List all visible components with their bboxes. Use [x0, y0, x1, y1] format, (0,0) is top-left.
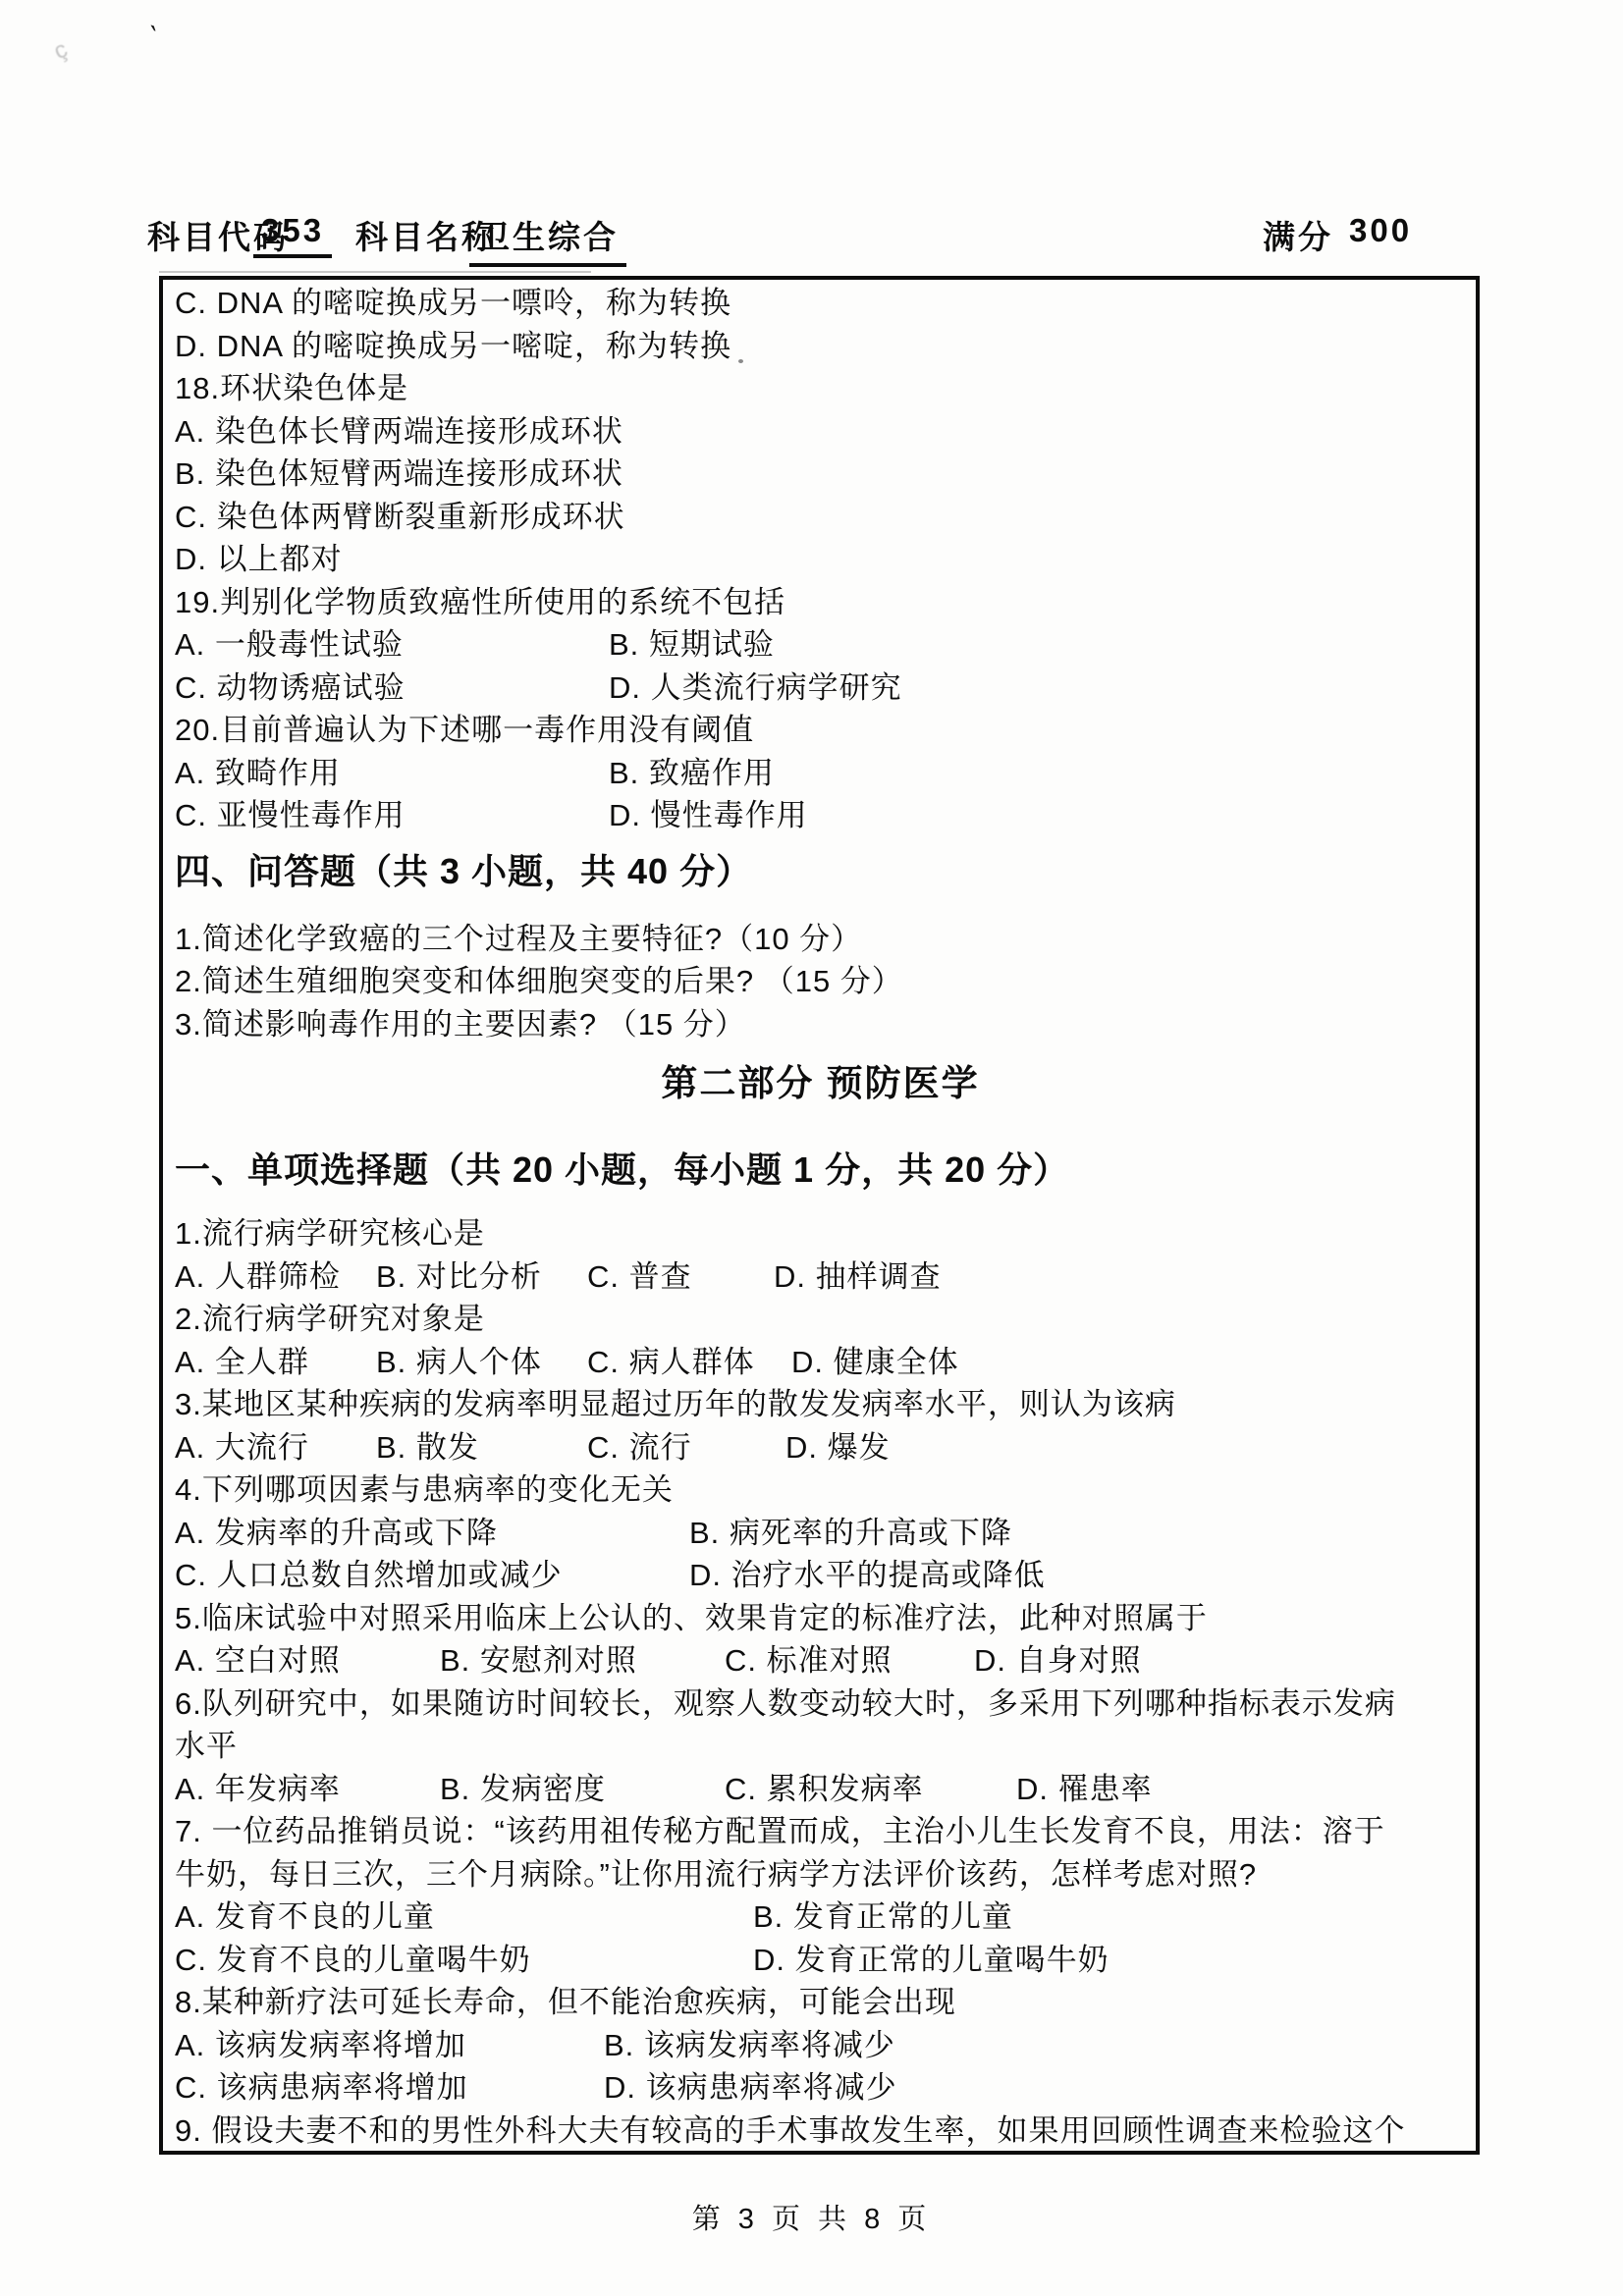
- text-line: 8.某种新疗法可延长寿命，但不能治愈疾病，可能会出现: [175, 1981, 1466, 2024]
- scan-artifact-tick: `: [140, 21, 160, 55]
- text-line: A. 致畸作用B. 致癌作用: [175, 752, 1466, 795]
- option-segment: B. 致癌作用: [609, 752, 775, 795]
- scan-artifact-line: [159, 271, 591, 273]
- text-line: D. 以上都对: [175, 538, 1466, 581]
- option-segment: C. 病人群体: [587, 1341, 755, 1384]
- option-segment: B. 病人个体: [376, 1341, 542, 1384]
- option-segment: A. 空白对照: [175, 1639, 341, 1682]
- option-segment: A. 该病发病率将增加: [175, 2024, 466, 2067]
- option-segment: B. 该病发病率将减少: [604, 2024, 895, 2067]
- text-line: A. 该病发病率将增加B. 该病发病率将减少: [175, 2024, 1466, 2067]
- text-line: B. 染色体短臂两端连接形成环状: [175, 453, 1466, 496]
- exam-content-box: C. DNA 的嘧啶换成另一嘌呤，称为转换D. DNA 的嘧啶换成另一嘧啶，称为…: [159, 276, 1480, 2155]
- text-line: D. DNA 的嘧啶换成另一嘧啶，称为转换: [175, 325, 1466, 368]
- option-segment: C. 发育不良的儿童喝牛奶: [175, 1939, 531, 1982]
- option-segment: D. 罹患率: [1016, 1768, 1153, 1811]
- text-line: C. DNA 的嘧啶换成另一嘌呤，称为转换: [175, 282, 1466, 325]
- option-segment: A. 发病率的升高或下降: [175, 1512, 498, 1555]
- text-line: C. 亚慢性毒作用D. 慢性毒作用: [175, 794, 1466, 837]
- text-line: 3.简述影响毒作用的主要因素? （15 分）: [175, 1003, 1466, 1046]
- option-segment: C. 普查: [587, 1255, 692, 1299]
- option-segment: D. 发育正常的儿童喝牛奶: [753, 1939, 1109, 1982]
- text-line: 1.简述化学致癌的三个过程及主要特征?（10 分）: [175, 918, 1466, 961]
- text-line: 5.临床试验中对照采用临床上公认的、效果肯定的标准疗法，此种对照属于: [175, 1597, 1466, 1640]
- text-line: 19.判别化学物质致癌性所使用的系统不包括: [175, 581, 1466, 624]
- text-line: A. 染色体长臂两端连接形成环状: [175, 410, 1466, 454]
- text-line: 6.队列研究中，如果随访时间较长，观察人数变动较大时，多采用下列哪种指标表示发病: [175, 1682, 1466, 1726]
- option-segment: B. 安慰剂对照: [440, 1639, 637, 1682]
- option-segment: B. 对比分析: [376, 1255, 542, 1299]
- option-segment: C. 累积发病率: [725, 1768, 924, 1811]
- option-segment: D. 慢性毒作用: [609, 794, 808, 837]
- text-line: C. 发育不良的儿童喝牛奶D. 发育正常的儿童喝牛奶: [175, 1939, 1466, 1982]
- full-score-value: 300: [1349, 212, 1412, 249]
- section-heading: 第二部分 预防医学: [175, 1061, 1466, 1106]
- option-segment: D. 人类流行病学研究: [609, 667, 902, 710]
- text-line: 3.某地区某种疾病的发病率明显超过历年的散发发病率水平，则认为该病: [175, 1383, 1466, 1426]
- option-segment: C. 流行: [587, 1426, 692, 1469]
- text-line: A. 大流行B. 散发C. 流行D. 爆发: [175, 1426, 1466, 1469]
- option-segment: D. 治疗水平的提高或降低: [689, 1554, 1046, 1597]
- option-segment: B. 发育正常的儿童: [753, 1896, 1013, 1939]
- text-line: C. 该病患病率将增加D. 该病患病率将减少: [175, 2066, 1466, 2109]
- option-segment: D. 自身对照: [974, 1639, 1142, 1682]
- text-line: A. 空白对照B. 安慰剂对照C. 标准对照D. 自身对照: [175, 1639, 1466, 1682]
- text-line: 水平: [175, 1725, 1466, 1768]
- text-line: C. 人口总数自然增加或减少D. 治疗水平的提高或降低: [175, 1554, 1466, 1597]
- text-line: 18.环状染色体是: [175, 367, 1466, 410]
- text-line: A. 年发病率B. 发病密度C. 累积发病率D. 罹患率: [175, 1768, 1466, 1811]
- option-segment: A. 一般毒性试验: [175, 623, 404, 667]
- option-segment: A. 大流行: [175, 1426, 309, 1469]
- option-segment: A. 全人群: [175, 1341, 309, 1384]
- text-line: A. 发病率的升高或下降B. 病死率的升高或下降: [175, 1512, 1466, 1555]
- text-line: 2.简述生殖细胞突变和体细胞突变的后果? （15 分）: [175, 960, 1466, 1003]
- text-line: A. 全人群B. 病人个体C. 病人群体D. 健康全体: [175, 1341, 1466, 1384]
- text-line: 9. 假设夫妻不和的男性外科大夫有较高的手术事故发生率，如果用回顾性调查来检验这…: [175, 2109, 1466, 2153]
- exam-body: C. DNA 的嘧啶换成另一嘌呤，称为转换D. DNA 的嘧啶换成另一嘧啶，称为…: [175, 282, 1466, 2152]
- option-segment: D. 抽样调查: [774, 1255, 942, 1299]
- text-line: A. 人群筛检B. 对比分析C. 普查D. 抽样调查: [175, 1255, 1466, 1299]
- option-segment: A. 致畸作用: [175, 752, 341, 795]
- exam-page: { "header": { "subject_code_label": "科目代…: [0, 0, 1623, 2296]
- option-segment: C. 该病患病率将增加: [175, 2066, 468, 2109]
- option-segment: B. 发病密度: [440, 1768, 606, 1811]
- section-heading: 四、问答题（共 3 小题，共 40 分）: [175, 849, 1466, 894]
- text-line: A. 发育不良的儿童B. 发育正常的儿童: [175, 1896, 1466, 1939]
- option-segment: D. 健康全体: [791, 1341, 959, 1384]
- option-segment: C. 人口总数自然增加或减少: [175, 1554, 563, 1597]
- text-line: C. 染色体两臂断裂重新形成环状: [175, 496, 1466, 539]
- option-segment: A. 人群筛检: [175, 1255, 341, 1299]
- option-segment: B. 病死率的升高或下降: [689, 1512, 1012, 1555]
- page-number: 第 3 页 共 8 页: [0, 2197, 1623, 2237]
- option-segment: A. 发育不良的儿童: [175, 1896, 435, 1939]
- option-segment: C. 标准对照: [725, 1639, 893, 1682]
- text-line: 2.流行病学研究对象是: [175, 1298, 1466, 1341]
- text-line: 1.流行病学研究核心是: [175, 1212, 1466, 1255]
- option-segment: D. 爆发: [785, 1426, 891, 1469]
- subject-name-value: 卫生综合: [469, 212, 626, 267]
- option-segment: C. 动物诱癌试验: [175, 667, 406, 710]
- subject-code-value: 353: [253, 212, 332, 258]
- scan-artifact-smudge: ç: [50, 36, 72, 66]
- text-line: 4.下列哪项因素与患病率的变化无关: [175, 1468, 1466, 1512]
- text-line: A. 一般毒性试验B. 短期试验: [175, 623, 1466, 667]
- text-line: 7. 一位药品推销员说：“该药用祖传秘方配置而成，主治小儿生长发育不良，用法：溶…: [175, 1810, 1466, 1853]
- option-segment: A. 年发病率: [175, 1768, 341, 1811]
- section-heading: 一、单项选择题（共 20 小题，每小题 1 分，共 20 分）: [175, 1148, 1466, 1193]
- text-line: 20.目前普遍认为下述哪一毒作用没有阈值: [175, 709, 1466, 752]
- full-score-label: 满分: [1263, 212, 1333, 258]
- text-line: 牛奶，每日三次，三个月病除。”让你用流行病学方法评价该药，怎样考虑对照?: [175, 1853, 1466, 1896]
- option-segment: B. 散发: [376, 1426, 479, 1469]
- option-segment: C. 亚慢性毒作用: [175, 794, 406, 837]
- option-segment: D. 该病患病率将减少: [604, 2066, 897, 2109]
- option-segment: B. 短期试验: [609, 623, 775, 667]
- text-line: C. 动物诱癌试验D. 人类流行病学研究: [175, 667, 1466, 710]
